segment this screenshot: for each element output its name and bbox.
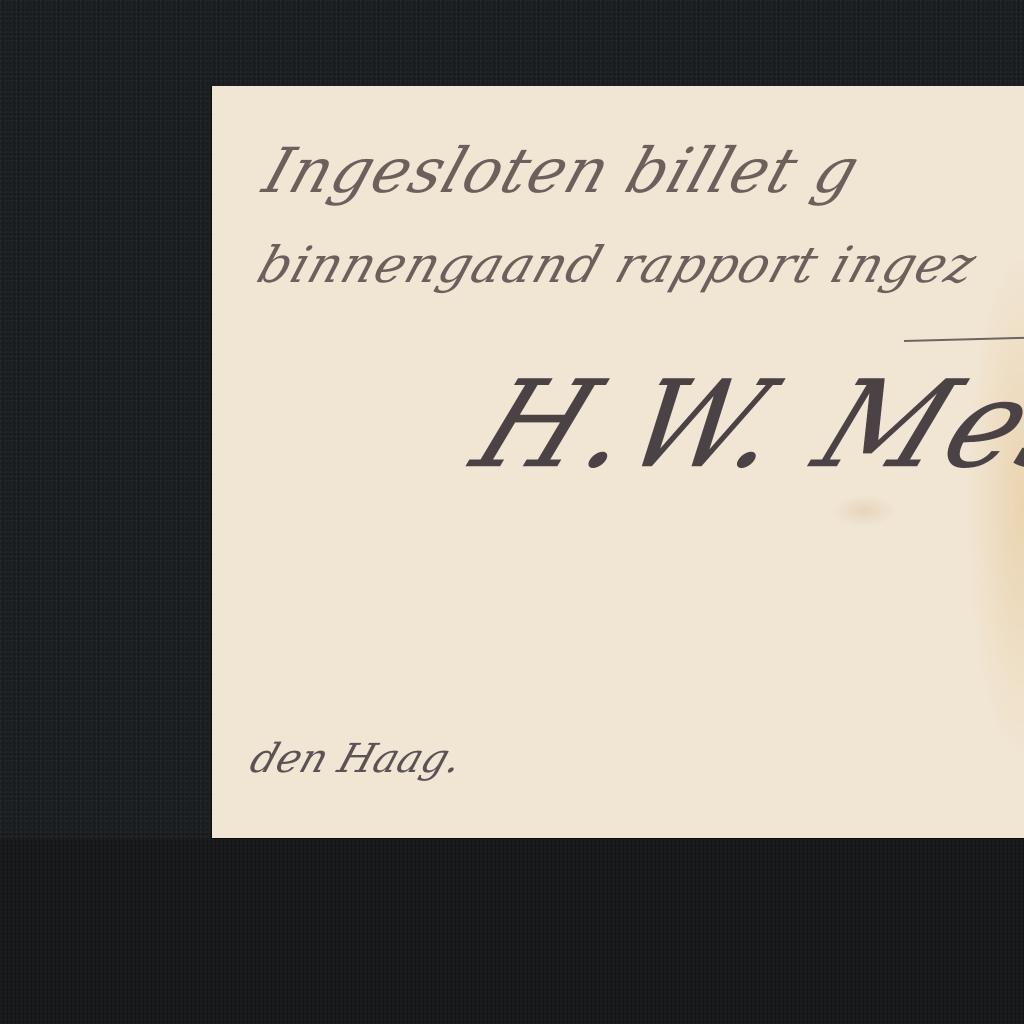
engraved-place: den Haag. [245, 736, 469, 782]
dark-background-band [0, 838, 1024, 1024]
engraved-name: H.W. Mesa [456, 356, 1024, 495]
handwritten-line-2: binnengaand rapport ingez [251, 236, 985, 294]
photo-scene: Ingesloten billet g binnengaand rapport … [0, 0, 1024, 1024]
handwritten-line-1: Ingesloten billet g [255, 134, 869, 207]
visiting-card: Ingesloten billet g binnengaand rapport … [212, 86, 1024, 838]
handwritten-underline [904, 336, 1024, 342]
